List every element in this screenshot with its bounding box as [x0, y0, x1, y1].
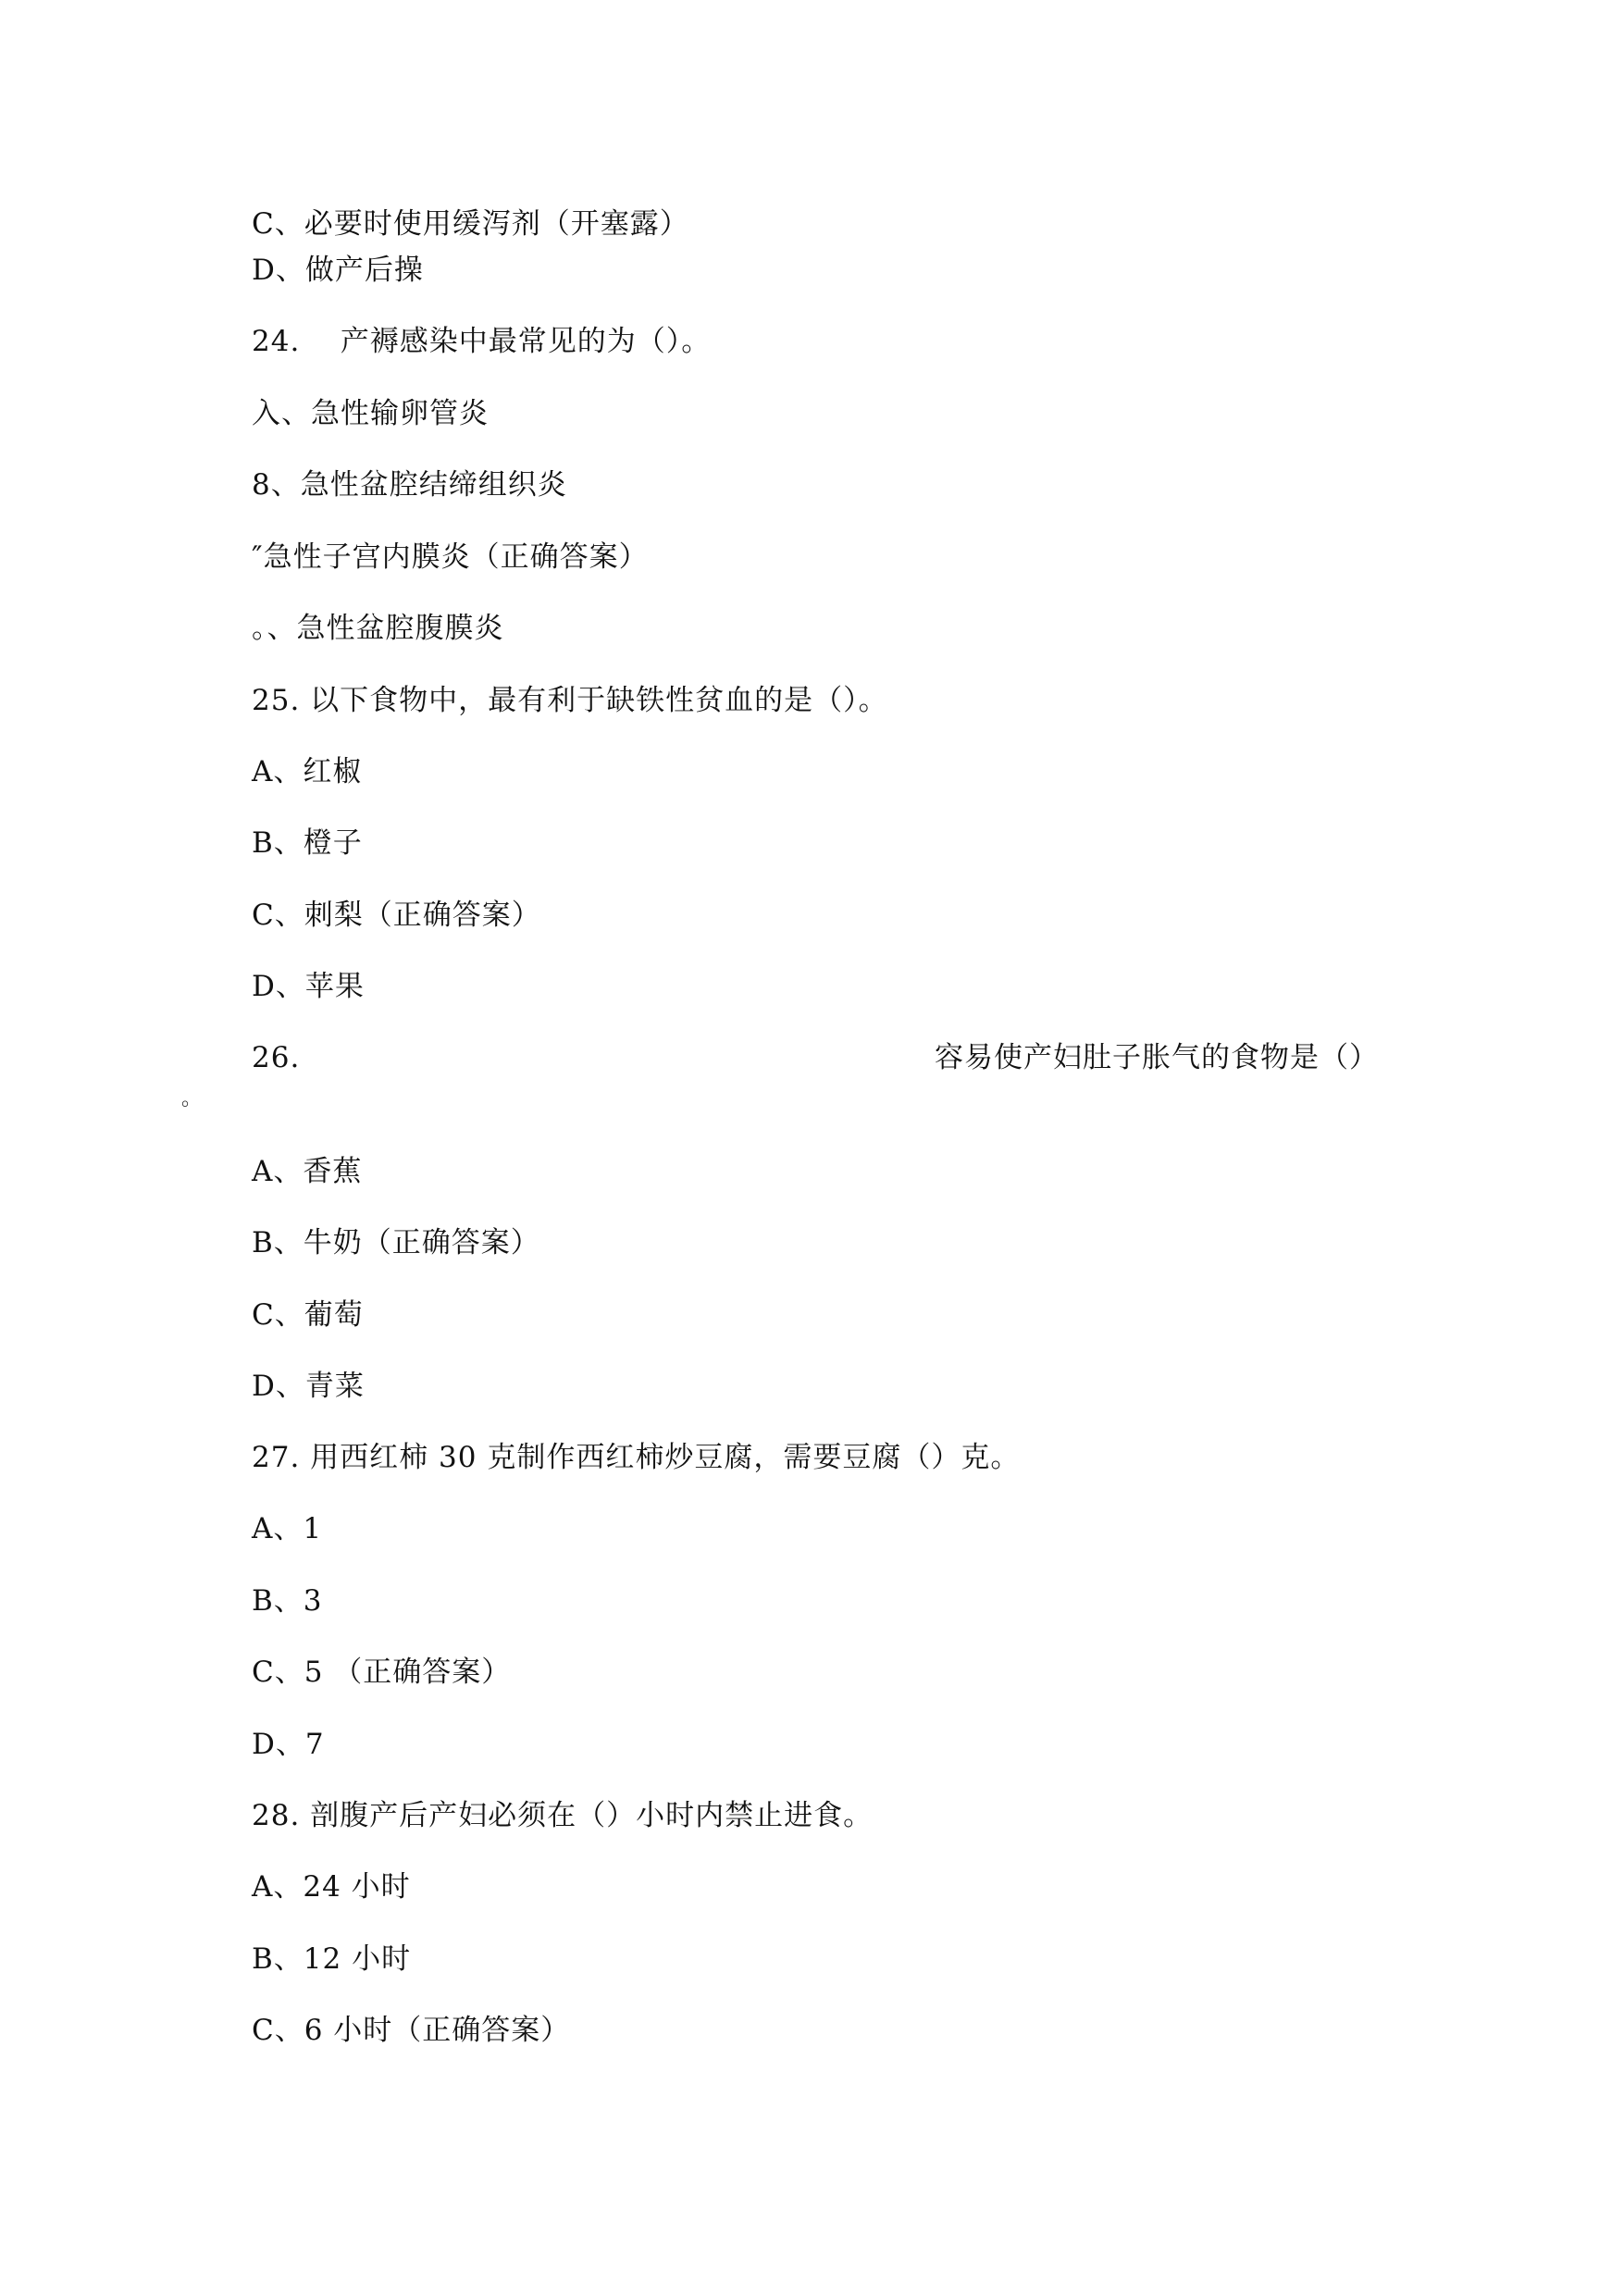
q27-option-c: C、5 （正确答案） — [252, 1654, 511, 1691]
q25-number: 25. — [252, 684, 300, 717]
q26-number: 26. — [252, 1039, 300, 1076]
q28-stem: 28. 剖腹产后产妇必须在（）小时内禁止进食。 — [252, 1797, 873, 1834]
q26-option-d: D、青菜 — [252, 1368, 365, 1405]
q26-option-a: A、香蕉 — [252, 1153, 362, 1190]
q23-option-d: D、做产后操 — [252, 252, 424, 289]
q26-text: 容易使产妇肚子胀气的食物是（） — [935, 1039, 1379, 1076]
q27-number: 27. — [252, 1441, 300, 1474]
q23-option-c: C、必要时使用缓泻剂（开塞露） — [252, 205, 689, 242]
q24-text: 产褥感染中最常见的为（）。 — [300, 325, 711, 358]
q28-number: 28. — [252, 1799, 300, 1832]
q28-text: 剖腹产后产妇必须在（）小时内禁止进食。 — [300, 1799, 873, 1832]
q26-option-c: C、葡萄 — [252, 1296, 364, 1334]
q28-option-c: C、6 小时（正确答案） — [252, 2012, 570, 2049]
q24-option-d: 。、急性盆腔腹膜炎 — [252, 610, 504, 647]
q25-option-b: B、橙子 — [252, 825, 363, 862]
q24-option-b: 8、急性盆腔结缔组织炎 — [252, 466, 567, 503]
q26-tail-period: 。 — [181, 1081, 203, 1118]
q24-option-c: ″急性子宫内膜炎（正确答案） — [252, 539, 649, 576]
q24-option-a: 入、急性输卵管炎 — [252, 395, 489, 432]
q25-text: 以下食物中，最有利于缺铁性贫血的是（）。 — [300, 684, 887, 717]
q27-stem: 27. 用西红柿 30 克制作西红柿炒豆腐，需要豆腐（）克。 — [252, 1439, 1020, 1476]
q28-option-b: B、12 小时 — [252, 1941, 411, 1978]
q27-option-a: A、1 — [252, 1510, 322, 1547]
q27-option-b: B、3 — [252, 1582, 323, 1619]
q28-option-a: A、24 小时 — [252, 1868, 411, 1905]
q24-stem: 24. 产褥感染中最常见的为（）。 — [252, 323, 711, 360]
q27-text: 用西红柿 30 克制作西红柿炒豆腐，需要豆腐（）克。 — [300, 1441, 1020, 1474]
q25-option-a: A、红椒 — [252, 753, 362, 790]
q27-option-d: D、7 — [252, 1726, 325, 1763]
q25-option-c: C、刺梨（正确答案） — [252, 897, 541, 934]
q24-number: 24. — [252, 325, 300, 358]
q25-stem: 25. 以下食物中，最有利于缺铁性贫血的是（）。 — [252, 682, 888, 719]
q25-option-d: D、苹果 — [252, 968, 365, 1005]
q26-option-b: B、牛奶（正确答案） — [252, 1224, 540, 1261]
